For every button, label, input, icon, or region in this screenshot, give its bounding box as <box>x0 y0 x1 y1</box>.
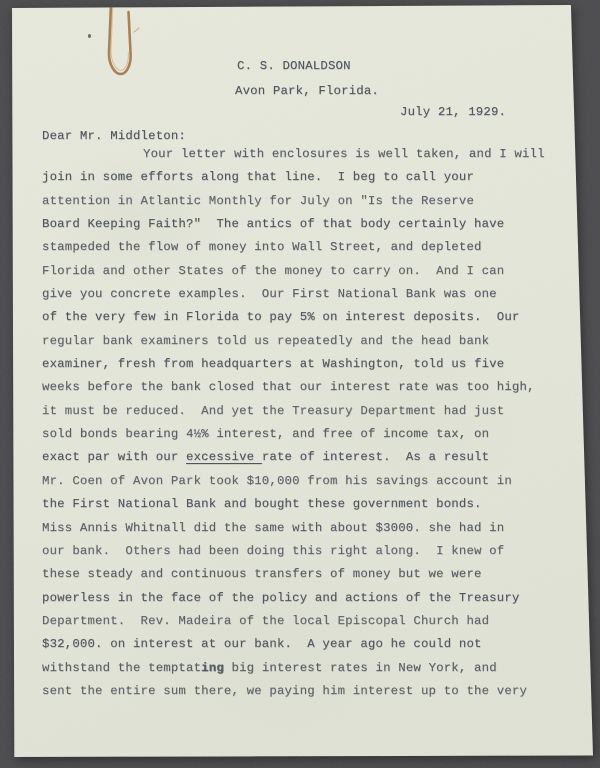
sender-location: Avon Park, Florida. <box>235 85 379 97</box>
letter-line-segment: exact par with our <box>42 450 186 464</box>
letter-line: withstand the temptating big interest ra… <box>42 657 587 680</box>
letter-line-segment: our bank. Others had been doing this rig… <box>42 544 504 558</box>
letter-body: Your letter with enclosures is well take… <box>42 143 587 703</box>
letter-line-segment: powerless in the face of the policy and … <box>42 591 520 605</box>
letter-line-segment-bold: ing <box>201 661 224 675</box>
letter-paper-shadow: C. S. DONALDSON Avon Park, Florida. July… <box>12 5 593 757</box>
letter-line: it must be reduced. And yet the Treasury… <box>42 400 587 423</box>
letter-line-segment: big interest rates in New York, and <box>224 661 497 675</box>
letter-line-segment: Miss Annis Whitnall did the same with ab… <box>42 521 504 535</box>
letter-line: Department. Rev. Madeira of the local Ep… <box>42 610 587 633</box>
letter-line: exact par with our excessive rate of int… <box>42 446 587 469</box>
letter-line-segment: regular bank examiners told us repeatedl… <box>42 334 489 348</box>
letter-line: Miss Annis Whitnall did the same with ab… <box>42 517 587 540</box>
letter-line: powerless in the face of the policy and … <box>42 587 587 610</box>
letter-line-segment-underline: excessive <box>186 450 262 464</box>
paperclip-stain-icon <box>90 0 160 90</box>
letter-line: Board Keeping Faith?" The antics of that… <box>42 213 587 236</box>
letter-line: weeks before the bank closed that our in… <box>42 376 587 399</box>
letter-line-segment: these steady and continuous transfers of… <box>42 567 482 581</box>
letter-line: Mr. Coen of Avon Park took $10,000 from … <box>42 470 587 493</box>
letter-line: sold bonds bearing 4½% interest, and fre… <box>42 423 587 446</box>
letter-line: stampeded the flow of money into Wall St… <box>42 236 587 259</box>
letter-line-segment: Mr. Coen of Avon Park took $10,000 from … <box>42 474 512 488</box>
letter-line: the First National Bank and bought these… <box>42 493 587 516</box>
letter-line-segment: stampeded the flow of money into Wall St… <box>42 240 482 254</box>
letter-line-segment: rate of interest. As a result <box>262 450 489 464</box>
letter-line: attention in Atlantic Monthly for July o… <box>42 190 587 213</box>
letter-date: July 21, 1929. <box>400 106 506 118</box>
letter-line-segment: it must be reduced. And yet the Treasury… <box>42 404 504 418</box>
letter-line-segment: sold bonds bearing 4½% interest, and fre… <box>42 427 489 441</box>
letter-line-segment: sent the entire sum there, we paying him… <box>42 684 527 698</box>
letter-line-segment: Department. Rev. Madeira of the local Ep… <box>42 614 489 628</box>
letter-line-segment: withstand the temptat <box>42 661 201 675</box>
letter-paper: C. S. DONALDSON Avon Park, Florida. July… <box>12 5 593 757</box>
salutation: Dear Mr. Middleton: <box>42 130 186 142</box>
letter-line: our bank. Others had been doing this rig… <box>42 540 587 563</box>
letter-line: join in some efforts along that line. I … <box>42 166 587 189</box>
letter-line: Your letter with enclosures is well take… <box>42 143 587 166</box>
letter-line: Florida and other States of the money to… <box>42 260 587 283</box>
ink-speck <box>88 34 91 38</box>
letter-line-segment: Your letter with enclosures is well take… <box>143 147 545 161</box>
letter-line-segment: Florida and other States of the money to… <box>42 264 504 278</box>
letter-line-segment: join in some efforts along that line. I … <box>42 170 474 184</box>
letter-line: $32,000. on interest at our bank. A year… <box>42 633 587 656</box>
letter-line-segment: examiner, fresh from headquarters at Was… <box>42 357 504 371</box>
sender-name: C. S. DONALDSON <box>237 60 351 72</box>
letter-line-segment: the First National Bank and bought these… <box>42 497 482 511</box>
letter-line-segment: Board Keeping Faith?" The antics of that… <box>42 217 504 231</box>
letter-line-segment: $32,000. on interest at our bank. A year… <box>42 637 482 651</box>
letter-line-segment: give you concrete examples. Our First Na… <box>42 287 497 301</box>
letter-line-segment: of the very few in Florida to pay 5% on … <box>42 310 520 324</box>
letter-line-segment: attention in Atlantic Monthly for July o… <box>42 194 474 208</box>
letter-line: sent the entire sum there, we paying him… <box>42 680 587 703</box>
letter-line: examiner, fresh from headquarters at Was… <box>42 353 587 376</box>
letter-line: regular bank examiners told us repeatedl… <box>42 330 587 353</box>
letter-line: of the very few in Florida to pay 5% on … <box>42 306 587 329</box>
letter-line: give you concrete examples. Our First Na… <box>42 283 587 306</box>
scan-background: C. S. DONALDSON Avon Park, Florida. July… <box>0 0 600 768</box>
letter-line: these steady and continuous transfers of… <box>42 563 587 586</box>
letter-line-segment: weeks before the bank closed that our in… <box>42 380 535 394</box>
